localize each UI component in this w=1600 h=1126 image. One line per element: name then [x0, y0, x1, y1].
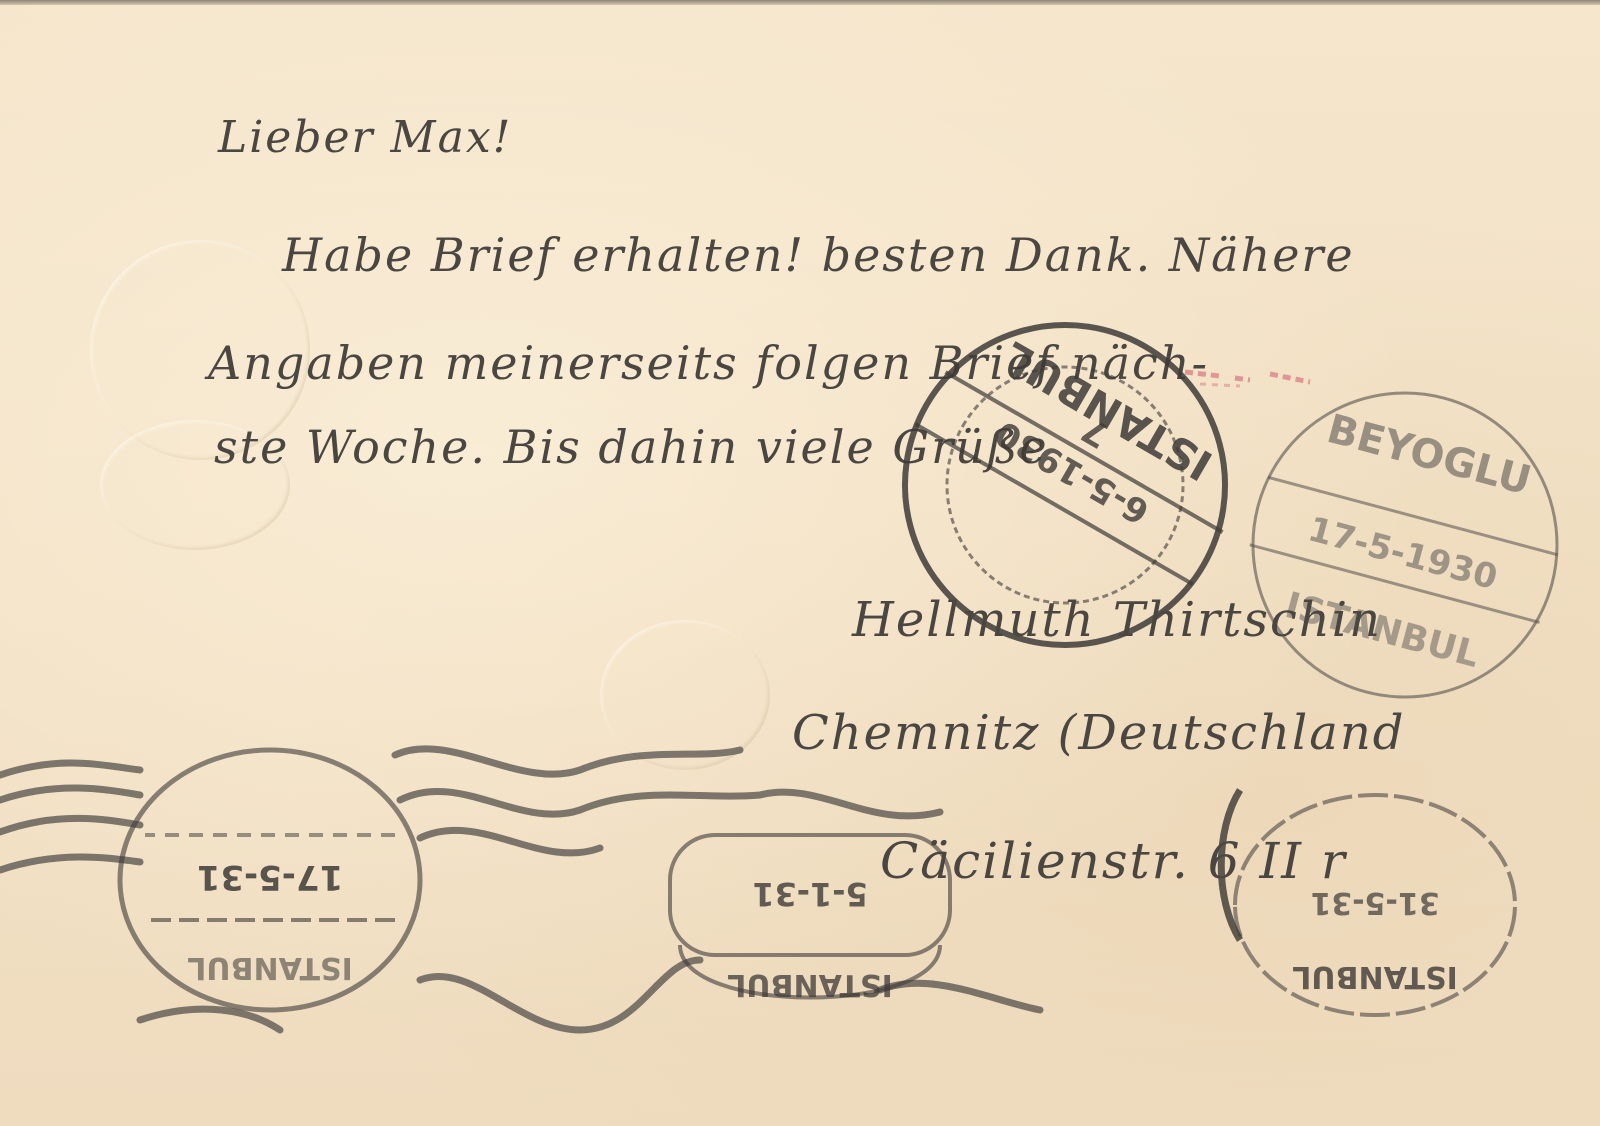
card-top-edge — [0, 0, 1600, 5]
red-ink-mark — [1180, 360, 1330, 390]
message-line: Angaben meinerseits folgen Brief näch- — [208, 336, 1209, 390]
svg-text:BEYOGLU: BEYOGLU — [1322, 406, 1536, 504]
svg-text:31-5-31: 31-5-31 — [1310, 885, 1439, 920]
address-name: Hellmuth Thirtschin — [852, 592, 1382, 648]
postmark-machine-3: 31-5-31 ISTANBUL — [1235, 795, 1515, 1015]
svg-text:17-5-1930: 17-5-1930 — [1304, 509, 1502, 598]
svg-text:17-5-31: 17-5-31 — [197, 857, 344, 897]
salutation: Lieber Max! — [218, 112, 512, 163]
svg-text:7: 7 — [1075, 409, 1116, 455]
postmark-machine-1: 17-5-31 ISTANBUL — [120, 750, 420, 1010]
postcard: Lieber Max! Habe Brief erhalten! besten … — [0, 0, 1600, 1126]
message-line: Habe Brief erhalten! besten Dank. Nähere — [282, 228, 1355, 282]
postmarks-layer: ISTANBUL 7 6-5-1930 BEYOGLU 17-5-1930 IS… — [0, 0, 1600, 1126]
postmark-beyoglu: BEYOGLU 17-5-1930 ISTANBUL — [1219, 359, 1591, 731]
svg-text:ISTANBUL: ISTANBUL — [187, 950, 353, 985]
svg-text:ISTANBUL: ISTANBUL — [1292, 959, 1458, 994]
address-city: Chemnitz (Deutschland — [792, 705, 1406, 761]
address-street: Cäcilienstr. 6 II r — [880, 832, 1347, 890]
svg-text:5-1-31: 5-1-31 — [752, 875, 868, 913]
embossed-circle — [600, 620, 770, 770]
svg-text:ISTANBUL: ISTANBUL — [727, 967, 893, 1002]
message-line: ste Woche. Bis dahin viele Grüße — [214, 420, 1049, 474]
